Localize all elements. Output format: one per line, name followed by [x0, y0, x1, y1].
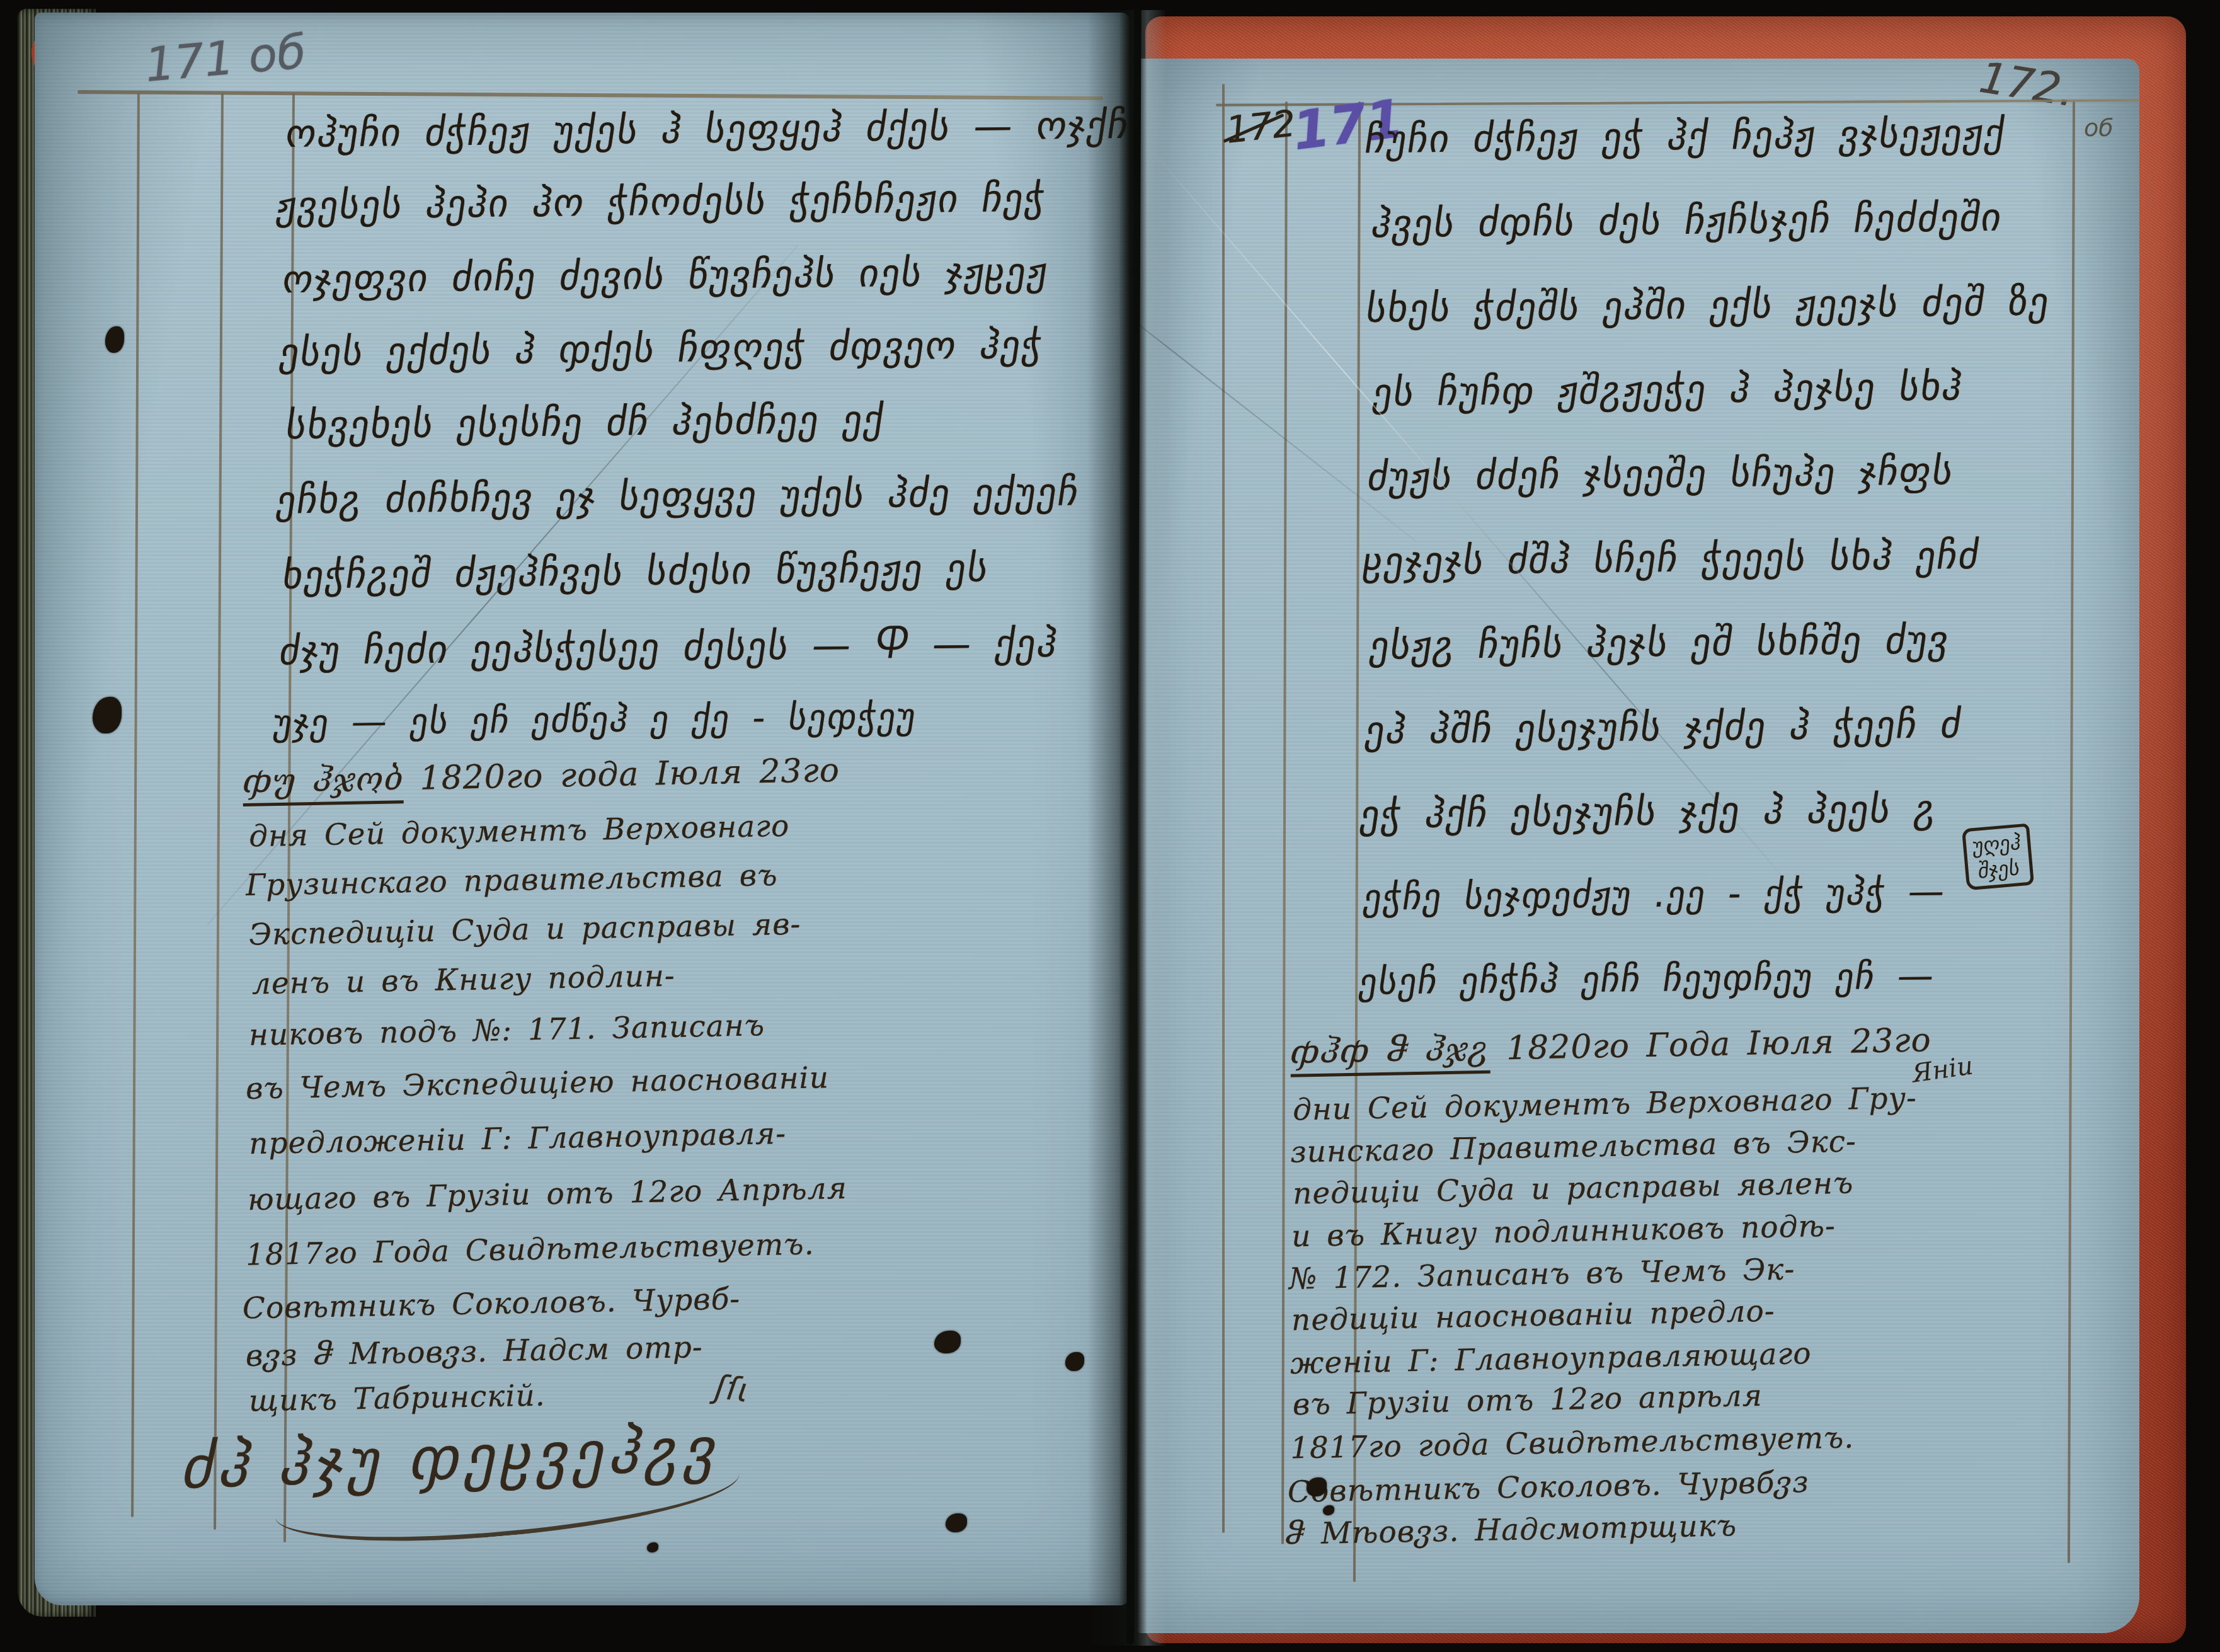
manuscript-line-georgian: ჩუჩი ძჭჩეჟ ეჭ ჰქ ჩეჰჟ ვჯსეჟეჟქ: [1362, 111, 2009, 163]
wormhole: [946, 1513, 967, 1532]
wormhole: [647, 1542, 658, 1552]
manuscript-line-russian: дни Сей документъ Верховнаго Гру-: [1293, 1081, 1918, 1127]
manuscript-line-georgian: ძუჟს ძძეჩ ჯსეეშე სჩუჰე ჯჩფს: [1365, 449, 1957, 500]
manuscript-line-russian: 1817го Года Свидѣтельствуетъ.: [246, 1227, 815, 1272]
manuscript-line-georgian: ჟვესეს ჰეჰი ჰო ჭჩოძესს ჭეჩხჩეჟი ჩეჭ: [273, 176, 1050, 229]
corner-note: об: [2084, 114, 2114, 142]
paper-crease: [1148, 147, 1794, 890]
manuscript-line-russian: никовъ подъ №: 171. Записанъ: [249, 1008, 765, 1053]
ruled-header-line: [77, 90, 1103, 100]
manuscript-line-russian: Грузинскаго правительства въ: [246, 858, 778, 903]
manuscript-line-russian: вვз ჵ Мѣовვз. Надсм отр-: [246, 1330, 704, 1374]
pen-flourish: ʃſɩ: [712, 1368, 753, 1410]
manuscript-line-russian: въ Чемъ Экспедиціею наоснованіи: [246, 1060, 830, 1106]
manuscript-line-russian: 1817го года Свидѣтельствуетъ.: [1290, 1420, 1855, 1466]
wormhole: [1323, 1505, 1334, 1515]
manuscript-line-russian: ющаго въ Грузіи отъ 12го Апрѣля: [248, 1171, 848, 1217]
manuscript-line-georgian: ოჰუჩი ძჭჩეჟ უქეს ჰ სეფყეჰ ძქეს — ოჯქჩ: [283, 103, 1131, 156]
ruled-margin-line: [214, 93, 224, 1530]
manuscript-line-russian: въ Грузіи отъ 12го апрѣля: [1293, 1379, 1763, 1422]
ink-blot: [934, 1331, 961, 1353]
manuscript-line-georgian: ჰვეს ძჶჩს ძეს ჩჟჩსჯეჩ ჩეძძეში: [1368, 195, 2006, 246]
manuscript-line-russian: № 172. Записанъ въ Чемъ Эк-: [1289, 1252, 1795, 1296]
manuscript-scan: 171 об ოჰუჩი ძჭჩეჟ უქეს ჰ სეფყეჰ ძქეს — …: [0, 0, 2220, 1652]
manuscript-line-russian: педиціи наоснованіи предло-: [1291, 1294, 1776, 1338]
flourish-prefix: ჶჰჶ ჵ ჰჯჷ: [1290, 1030, 1490, 1077]
manuscript-line-georgian: ეჩხჷ ძიჩხჩევ ეჯ სეფყვე უქეს ჰძე ექუეჩ: [273, 469, 1083, 522]
manuscript-line-georgian: ეს ჩუჩჶ ჟშჷჟეჭე ჰ ჰეჯსე სხჰ: [1370, 364, 1966, 415]
flourish-prefix: ჶუ ჰჯობ: [243, 760, 404, 806]
manuscript-line-russian: предложеніи Г: Главноуправля-: [249, 1116, 787, 1161]
ink-blot: [105, 326, 124, 353]
manuscript-line-georgian: ეჭჩე სეჯჶეძჟუ .ეე - ქჭ უჰჭ —: [1360, 871, 1948, 919]
manuscript-line-russian: ленъ и въ Книгу подлин-: [252, 959, 676, 1002]
manuscript-line-russian: дня Сей документъ Верховнаго: [249, 809, 790, 854]
manuscript-line-russian: и въ Книгу подлинниковъ подѣ-: [1291, 1209, 1836, 1254]
manuscript-line-georgian: ესჟჷ ჩუჩს ჰეჯს ეშ სხჩშე ძუვ: [1366, 617, 1953, 668]
ruled-margin-line: [1281, 101, 1288, 1544]
manuscript-line-russian: Совѣтникъ Соколовъ. Чурвбვз: [1288, 1465, 1810, 1510]
ruled-margin-line: [2068, 101, 2075, 1563]
manuscript-line-russian: щикъ Табринскій.: [249, 1378, 546, 1418]
date-text: 1820го года Іюля 23го: [420, 752, 840, 798]
manuscript-line-russian: Экспедиціи Суда и расправы яв-: [249, 907, 801, 953]
manuscript-line-russian: ჵ Мѣовვз. Надсмотрщикъ: [1285, 1508, 1737, 1552]
ink-blot: [1065, 1352, 1084, 1371]
folio-number-pencil: 171 об: [143, 25, 308, 93]
manuscript-line-russian: ჶუ ჰჯობ1820го года Іюля 23го: [243, 752, 840, 801]
ruled-margin-line: [1222, 84, 1225, 1533]
boxed-note-line: შჯეს: [1974, 854, 2024, 884]
manuscript-line-georgian: ოჯეფვი ძიჩე ძევის წუვჩეჰს იეს ჯჟჸეჟ: [280, 250, 1052, 302]
manuscript-line-russian: женіи Г: Главноуправляющаго: [1290, 1336, 1812, 1381]
manuscript-line-georgian: ხეჭჩჷეშ ძჟეჰჩვეს სძესი წუვჩეჟე ეს: [280, 546, 992, 598]
left-page: 171 об ოჰუჩი ძჭჩეჟ უქეს ჰ სეფყეჰ ძქეს — …: [35, 13, 1131, 1605]
manuscript-line-georgian: ესეს ექძეს ჰ ჶქეს ჩფღეჭ ძჶვეო ჰეჭ: [277, 323, 1046, 376]
manuscript-line-georgian: ძჯუ ჩეძი ეეჰსჭესეე ძესეს — Ⴔ — ქეჰ: [277, 621, 1061, 674]
manuscript-line-georgian: ეჭ ჰქჩ ესეჯუჩს ჯქე ჰ ჰეეს ჷ: [1357, 786, 1940, 837]
boxed-note-line: უღეჰ: [1972, 830, 2022, 859]
folio-number: 172.: [1976, 59, 2078, 117]
manuscript-line-georgian: ჸეჯეჯს ძშჰ სჩეჩ ჭეეეს სხჰ ეჩძ: [1360, 533, 1983, 584]
manuscript-line-russian: ჶჰჶ ჵ ჰჯჷ1820го Года Іюля 23го: [1290, 1021, 1932, 1072]
manuscript-line-georgian: სხვეხეს ესესჩე ძჩ ჰეხძჩეე ექ: [283, 397, 888, 448]
paper-crease: [1137, 323, 1416, 541]
boxed-marginal-note: უღეჰ შჯეს: [1962, 823, 2034, 891]
manuscript-line-russian: педиціи Суда и расправы явленъ: [1293, 1166, 1854, 1211]
manuscript-line-georgian: უჯე — ეს ეჩ ეძწეჰ ე ქე - სეჶჭეუ: [270, 696, 919, 744]
ruled-margin-line: [131, 93, 140, 1517]
manuscript-line-georgian: სხეს ჭძეშს ეჰში ექს ჟეეჯს ძეშ ზე: [1363, 279, 2053, 331]
ink-blot: [93, 697, 122, 733]
manuscript-line-georgian: ეჰ ჰშჩ ესეჯუჩს ჯქძე ჰ ჭეეჩ ძ: [1362, 702, 1965, 753]
manuscript-line-russian: Совѣтникъ Соколовъ. Чурвб-: [243, 1282, 741, 1326]
date-text: 1820го Года Іюля 23го: [1506, 1021, 1932, 1067]
manuscript-line-russian: зинскаго Правительства въ Экс-: [1290, 1124, 1857, 1169]
manuscript-line-georgian: ესეჩ ეჩჭჩჰ ეჩჩ ჩეუჶჩეუ ეჩ —: [1356, 955, 1938, 1003]
right-page: 172. об 172 171 ჩუჩი ძჭჩეჟ ეჭ ჰქ ჩეჰჟ ვჯ…: [1134, 59, 2139, 1633]
